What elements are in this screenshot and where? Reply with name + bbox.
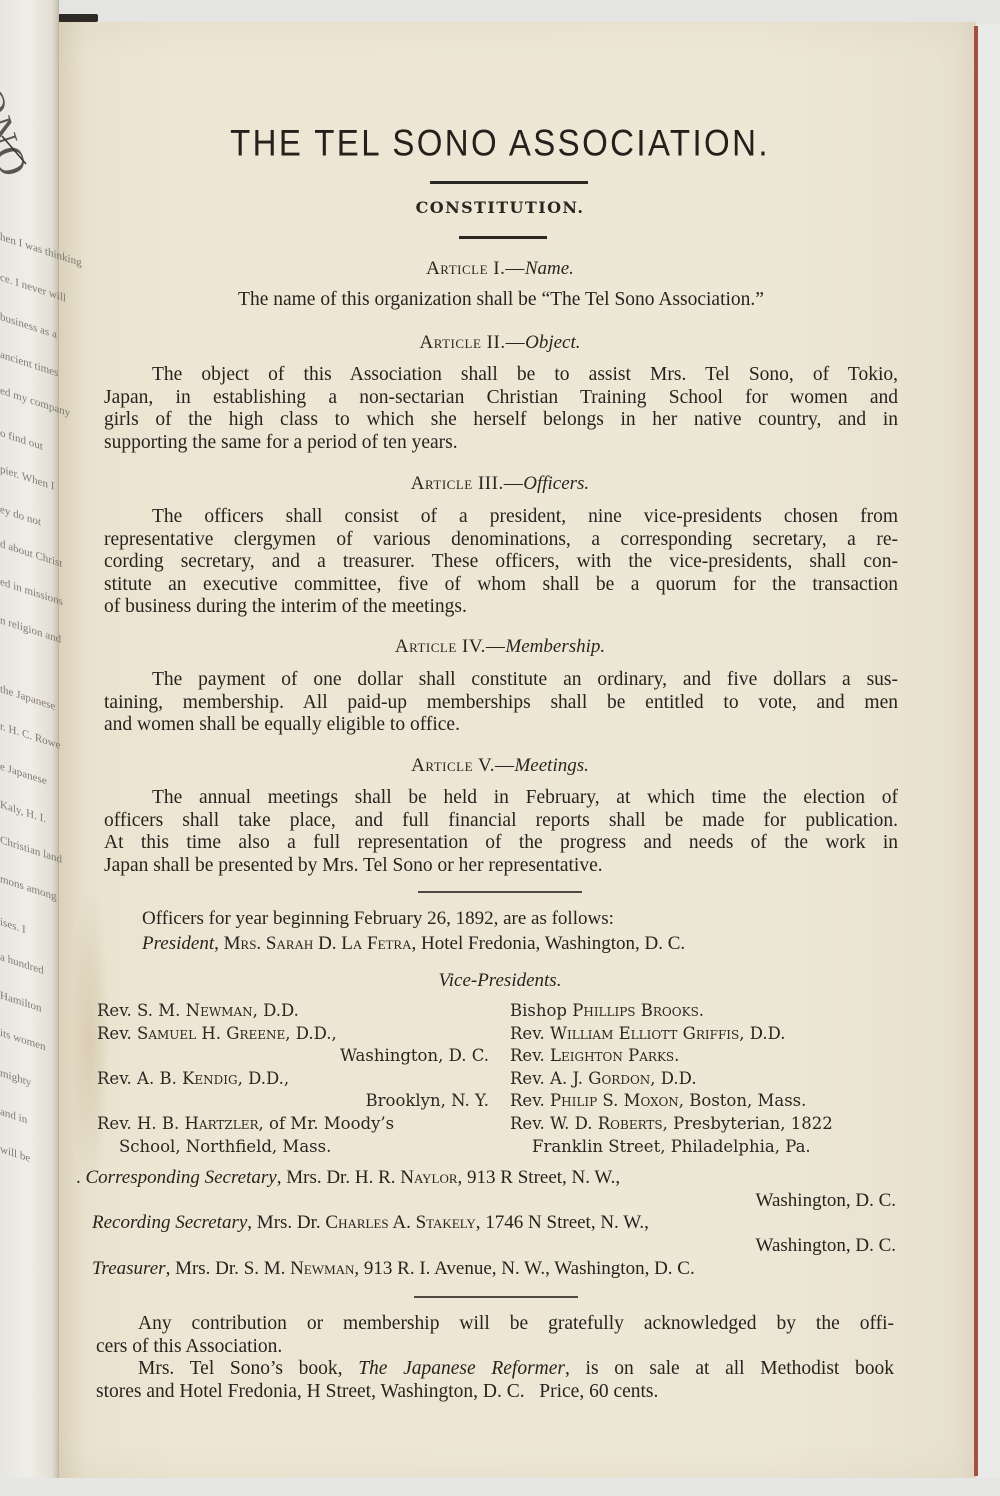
vice-president-entry: Rev. S. M. Newman, D.D. — [97, 1000, 489, 1023]
vice-presidents-left-column: Rev. S. M. Newman, D.D.Rev. Samuel H. Gr… — [97, 1000, 489, 1158]
title-prefix: , Mrs. Dr. — [247, 1212, 325, 1233]
text-line: representative clergymen of various deno… — [104, 529, 898, 552]
role-label: Recording Secretary — [92, 1212, 247, 1233]
officer-name: S. M. Newman — [137, 1001, 253, 1020]
text-line: At this time also a full representation … — [104, 832, 898, 855]
role-label: President — [142, 933, 214, 954]
section-divider — [418, 891, 582, 893]
recording-secretary-city: Washington, D. C. — [756, 1235, 896, 1257]
officer-name: H. R. Naylor — [355, 1167, 458, 1188]
article-number: Article V.— — [411, 755, 514, 776]
vice-president-entry: Rev. Philip S. Moxon, Boston, Mass. — [510, 1090, 910, 1113]
text-fragment: Rev. — [97, 1114, 137, 1133]
text-fragment: Rev. — [510, 1114, 550, 1133]
book-notice-line: Mrs. Tel Sono’s book, The Japanese Refor… — [96, 1358, 894, 1381]
text-line: cers of this Association. — [96, 1336, 894, 1359]
text-fragment: , of Mr. Moody’s — [259, 1114, 395, 1133]
corresponding-secretary-city: Washington, D. C. — [756, 1190, 896, 1212]
text-fragment: Rev. — [510, 1091, 550, 1110]
text-fragment: , D.D., — [238, 1069, 290, 1088]
article-5-body: The annual meetings shall be held in Feb… — [104, 787, 898, 877]
closing-divider — [414, 1296, 578, 1298]
officer-address: , 1746 N Street, N. W., — [476, 1212, 649, 1233]
officer-name: Mrs. Sarah D. La Fetra — [224, 933, 412, 954]
text-fragment: Rev. — [97, 1024, 137, 1043]
vice-president-entry: Rev. A. J. Gordon, D.D. — [510, 1068, 910, 1091]
vice-president-entry: Bishop Phillips Brooks. — [510, 1000, 910, 1023]
text-line: The name of this organization shall be “… — [104, 289, 898, 312]
article-topic: Membership. — [505, 636, 605, 657]
officer-name: Philip S. Moxon — [550, 1091, 679, 1110]
text-line: stores and Hotel Fredonia, H Street, Was… — [96, 1381, 894, 1404]
page-title: THE TEL SONO ASSOCIATION. — [0, 122, 1000, 165]
treasurer-line: Treasurer, Mrs. Dr. S. M. Newman, 913 R.… — [92, 1258, 695, 1280]
article-topic: Meetings. — [514, 755, 588, 776]
officer-name: Samuel H. Greene — [137, 1024, 285, 1043]
officer-address: , 913 R Street, N. W., — [458, 1167, 621, 1188]
article-3-heading: Article III.—Officers. — [0, 473, 1000, 495]
president-line: President, Mrs. Sarah D. La Fetra, Hotel… — [142, 933, 685, 955]
text-fragment: , D.D. — [739, 1024, 785, 1043]
book-title: The Japanese Reformer — [358, 1358, 565, 1379]
article-5-heading: Article V.—Meetings. — [0, 755, 1000, 777]
text-line: cording secretary, and a treasurer. Thes… — [104, 551, 898, 574]
text-line: The object of this Association shall be … — [104, 364, 898, 387]
text-fragment: , is on sale at all Methodist book — [565, 1358, 894, 1379]
officer-name: H. B. Hartzler — [137, 1114, 258, 1133]
text-fragment: , Presbyterian, 1822 — [663, 1114, 833, 1133]
text-fragment: , D.D. — [253, 1001, 299, 1020]
text-line: The officers shall consist of a presiden… — [104, 506, 898, 529]
article-number: Article III.— — [411, 473, 523, 494]
text-line: officers shall take place, and full fina… — [104, 810, 898, 833]
article-4-heading: Article IV.—Membership. — [0, 636, 1000, 658]
text-fragment: Rev. — [97, 1069, 137, 1088]
role-label: Treasurer — [92, 1258, 166, 1279]
text-line: The annual meetings shall be held in Feb… — [104, 787, 898, 810]
article-1-heading: Article I.—Name. — [0, 258, 1000, 280]
officer-name: Leighton Parks — [550, 1046, 674, 1065]
text-line: of business during the interim of the me… — [104, 596, 898, 619]
closing-notes: Any contribution or membership will be g… — [96, 1313, 894, 1403]
officer-name: Charles A. Stakely — [325, 1212, 475, 1233]
text-fragment: , D.D., — [285, 1024, 337, 1043]
title-prefix: , Mrs. Dr. — [166, 1258, 244, 1279]
stray-mark: . — [76, 1167, 86, 1188]
vice-presidents-label: Vice-Presidents. — [439, 970, 562, 991]
section-title: CONSTITUTION. — [0, 198, 1000, 217]
text-fragment: . — [674, 1046, 679, 1065]
subtitle-divider — [459, 236, 547, 239]
title-divider — [430, 181, 588, 184]
text-line: girls of the high class to which she her… — [104, 409, 898, 432]
text-line: Japan, in establishing a non-sectarian C… — [104, 387, 898, 410]
officer-name: A. J. Gordon — [550, 1069, 650, 1088]
text-fragment: Rev. — [510, 1024, 550, 1043]
text-fragment: Bishop — [510, 1001, 572, 1020]
article-3-body: The officers shall consist of a presiden… — [104, 506, 898, 619]
officer-name: W. D. Roberts — [550, 1114, 663, 1133]
article-2-heading: Article II.—Object. — [0, 332, 1000, 354]
officers-intro: Officers for year beginning February 26,… — [142, 908, 614, 930]
officer-address: , Hotel Fredonia, Washington, D. C. — [412, 933, 686, 954]
article-4-body: The payment of one dollar shall constitu… — [104, 669, 898, 737]
text-fragment: Rev. — [510, 1046, 550, 1065]
article-number: Article IV.— — [395, 636, 506, 657]
officer-name: A. B. Kendig — [137, 1069, 238, 1088]
officer-name: Phillips Brooks — [572, 1001, 699, 1020]
vice-president-location: School, Northfield, Mass. — [97, 1136, 489, 1159]
text-line: Japan shall be presented by Mrs. Tel Son… — [104, 855, 898, 878]
article-2-body: The object of this Association shall be … — [104, 364, 898, 454]
text-fragment: Rev. — [97, 1001, 137, 1020]
recording-secretary-line: Recording Secretary, Mrs. Dr. Charles A.… — [92, 1212, 649, 1234]
vice-president-entry: Rev. Samuel H. Greene, D.D., — [97, 1023, 489, 1046]
text-fragment: Rev. — [510, 1069, 550, 1088]
officer-address: , 913 R. I. Avenue, N. W., Washington, D… — [354, 1258, 694, 1279]
text-line: supporting the same for a period of ten … — [104, 432, 898, 455]
role-label: Corresponding Secretary — [86, 1167, 277, 1188]
officer-name: William Elliott Griffis — [550, 1024, 739, 1043]
vice-president-entry: Rev. W. D. Roberts, Presbyterian, 1822 — [510, 1113, 910, 1136]
text-fragment: Mrs. Tel Sono’s book, — [138, 1358, 358, 1379]
article-1-body: The name of this organization shall be “… — [104, 289, 898, 312]
vice-president-location: Brooklyn, N. Y. — [97, 1090, 489, 1113]
vice-president-location: Washington, D. C. — [97, 1045, 489, 1068]
officer-name: S. M. Newman — [244, 1258, 355, 1279]
vice-president-entry: Rev. H. B. Hartzler, of Mr. Moody’s — [97, 1113, 489, 1136]
article-number: Article II.— — [420, 332, 526, 353]
page-content: THE TEL SONO ASSOCIATION. CONSTITUTION. … — [0, 0, 1000, 1496]
title-prefix: , Mrs. Dr. — [277, 1167, 355, 1188]
text-line: The payment of one dollar shall constitu… — [104, 669, 898, 692]
article-topic: Name. — [525, 258, 574, 279]
text-line: and women shall be equally eligible to o… — [104, 714, 898, 737]
text-fragment: , Boston, Mass. — [679, 1091, 807, 1110]
vice-presidents-right-column: Bishop Phillips Brooks.Rev. William Elli… — [510, 1000, 910, 1158]
vice-presidents-heading: Vice-Presidents. — [0, 970, 1000, 992]
article-number: Article I.— — [426, 258, 525, 279]
text-fragment: . — [699, 1001, 704, 1020]
vice-president-entry: Rev. Leighton Parks. — [510, 1045, 910, 1068]
vice-president-location: Franklin Street, Philadelphia, Pa. — [510, 1136, 910, 1159]
text-line: Any contribution or membership will be g… — [96, 1313, 894, 1336]
article-topic: Officers. — [523, 473, 589, 494]
text-line: taining, membership. All paid-up members… — [104, 692, 898, 715]
article-topic: Object. — [525, 332, 580, 353]
vice-president-entry: Rev. A. B. Kendig, D.D., — [97, 1068, 489, 1091]
vice-president-entry: Rev. William Elliott Griffis, D.D. — [510, 1023, 910, 1046]
corresponding-secretary-line: . Corresponding Secretary, Mrs. Dr. H. R… — [76, 1167, 620, 1189]
text-line: stitute an executive committee, five of … — [104, 574, 898, 597]
text-fragment: , D.D. — [650, 1069, 696, 1088]
